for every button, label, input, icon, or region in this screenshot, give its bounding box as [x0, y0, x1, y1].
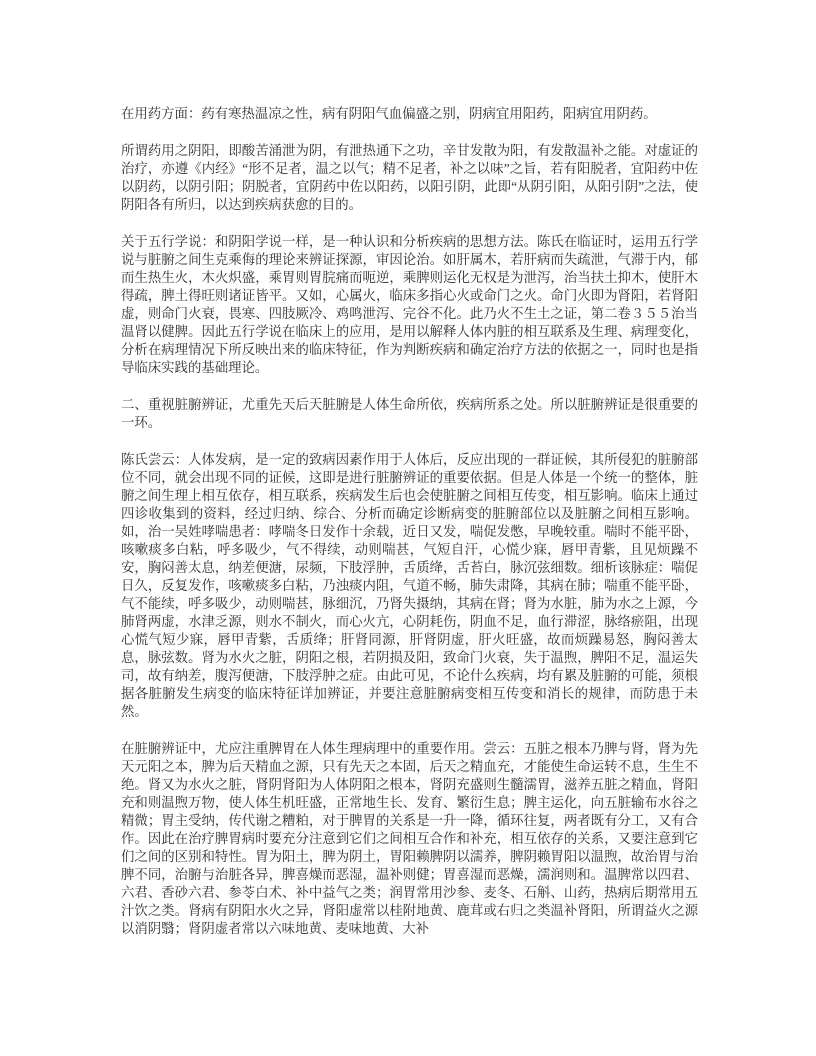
document-page: 在用药方面：药有寒热温凉之性，病有阴阳气血偏盛之别，阴病宜用阳药，阳病宜用阴药。… — [0, 0, 816, 1056]
paragraph-spleen-stomach-kidney: 在脏腑辨证中，尤应注重脾胃在人体生理病理中的重要作用。尝云：五脏之根本乃脾与肾，… — [121, 740, 698, 938]
paragraph-drug-yinyang-theory: 所谓药用之阴阳，即酸苦涌泄为阴，有泄热通下之功，辛甘发散为阳，有发散温补之能。对… — [121, 142, 698, 214]
paragraph-section-heading-zangfu: 二、重视脏腑辨证，尤重先天后天脏腑是人体生命所依，疾病所系之处。所以脏腑辨证是很… — [121, 396, 698, 432]
paragraph-five-elements: 关于五行学说：和阴阳学说一样，是一种认识和分析疾病的思想方法。陈氏在临证时，运用… — [121, 233, 698, 377]
paragraph-medication-yinyang: 在用药方面：药有寒热温凉之性，病有阴阳气血偏盛之别，阴病宜用阳药，阳病宜用阴药。 — [121, 105, 698, 123]
paragraph-zangfu-case-study: 陈氏尝云：人体发病，是一定的致病因素作用于人体后，反应出现的一群证候，其所侵犯的… — [121, 451, 698, 721]
text-block: 在用药方面：药有寒热温凉之性，病有阴阳气血偏盛之别，阴病宜用阳药，阳病宜用阴药。… — [121, 105, 698, 938]
